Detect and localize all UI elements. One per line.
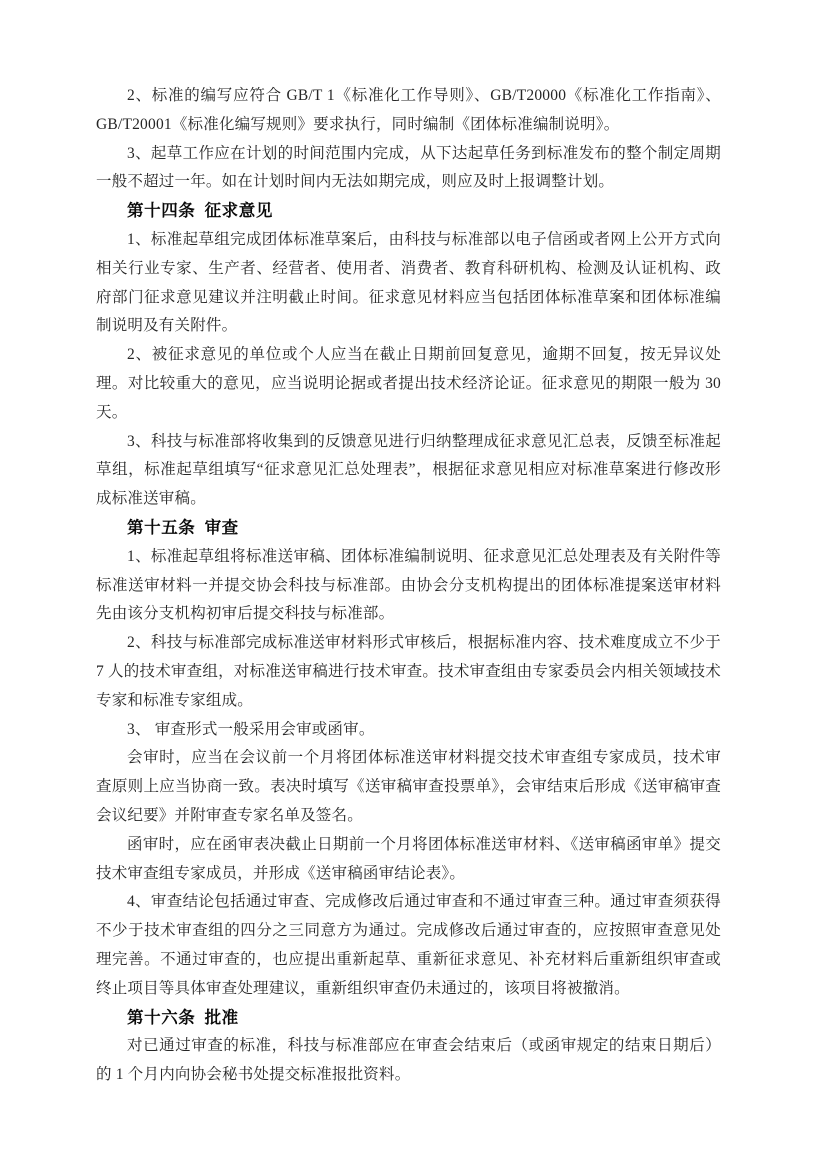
document-page: 2、标准的编写应符合 GB/T 1《标准化工作导则》、GB/T20000《标准化… [0,0,817,1166]
paragraph-drafting-rule-3: 3、起草工作应在计划的时间范围内完成，从下达起草任务到标准发布的整个制定周期一般… [96,140,721,198]
document-content: 2、标准的编写应符合 GB/T 1《标准化工作导则》、GB/T20000《标准化… [96,82,721,1090]
heading-article-15-review: 第十五条 审查 [96,514,721,543]
paragraph-article-14-item-2: 2、被征求意见的单位或个人应当在截止日期前回复意见，逾期不回复，按无异议处理。对… [96,341,721,427]
paragraph-article-14-item-3: 3、科技与标准部将收集到的反馈意见进行归纳整理成征求意见汇总表，反馈至标准起草组… [96,428,721,514]
paragraph-article-15-letter-review: 函审时，应在函审表决截止日期前一个月将团体标准送审材料、《送审稿函审单》提交技术… [96,831,721,889]
paragraph-article-15-meeting-review: 会审时，应当在会议前一个月将团体标准送审材料提交技术审查组专家成员，技术审查原则… [96,744,721,830]
paragraph-article-16-item-1: 对已通过审查的标准，科技与标准部应在审查会结束后（或函审规定的结束日期后）的 1… [96,1032,721,1090]
paragraph-article-15-item-4: 4、审查结论包括通过审查、完成修改后通过审查和不通过审查三种。通过审查须获得不少… [96,888,721,1003]
heading-article-14-comment-solicitation: 第十四条 征求意见 [96,197,721,226]
paragraph-article-15-item-2: 2、科技与标准部完成标准送审材料形式审核后，根据标准内容、技术难度成立不少于 7… [96,629,721,715]
paragraph-article-15-item-1: 1、标准起草组将标准送审稿、团体标准编制说明、征求意见汇总处理表及有关附件等标准… [96,543,721,629]
heading-article-16-approval: 第十六条 批准 [96,1004,721,1033]
paragraph-article-15-item-3: 3、 审查形式一般采用会审或函审。 [96,716,721,745]
paragraph-drafting-rule-2: 2、标准的编写应符合 GB/T 1《标准化工作导则》、GB/T20000《标准化… [96,82,721,140]
paragraph-article-14-item-1: 1、标准起草组完成团体标准草案后，由科技与标准部以电子信函或者网上公开方式向相关… [96,226,721,341]
